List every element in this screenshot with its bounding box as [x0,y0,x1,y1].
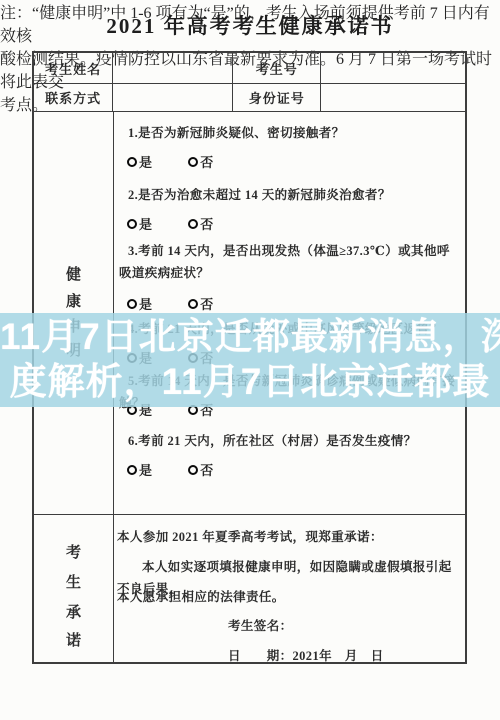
option-no-label: 否 [200,294,214,313]
vertical-label-char: 生 [34,571,113,592]
promise-line-3: 本人愿承担相应的法律责任。 [117,586,461,608]
option-no: 否 [188,152,214,171]
option-no: 否 [188,214,214,233]
headline-overlay-banner: 11月7日北京迁都最新消息，深 度解析，11月7日北京迁都最 [0,313,500,407]
option-no: 否 [188,460,214,479]
date-line: 日 期：2021年 月 日 [228,645,384,667]
vertical-label-char: 健 [34,263,113,284]
option-no-label: 否 [200,152,214,171]
vertical-label-char: 康 [34,290,113,311]
radio-circle-icon [127,465,137,475]
candidate-promise-section: 考 生 承 诺 本人参加 2021 年夏季高考考试，现郑重承诺： 本人如实逐项填… [34,515,465,662]
question-1-text: 1.是否为新冠肺炎疑似、密切接触者？ [119,122,461,144]
field-candidate-number [321,53,465,83]
headline-line-2: 度解析，11月7日北京迁都最 [0,359,500,404]
option-yes: 是 [127,460,153,479]
vertical-label-char: 考 [34,541,113,562]
vertical-label-char: 诺 [34,629,113,650]
field-contact [113,84,233,111]
field-id-number [321,84,465,111]
radio-circle-icon [188,157,198,167]
question-3-options: 是 否 [127,294,214,313]
promise-line-1: 本人参加 2021 年夏季高考考试，现郑重承诺： [117,526,461,548]
promise-section-label: 考 生 承 诺 [34,515,114,662]
label-candidate-name: 考生姓名 [34,53,113,83]
promise-text: 本人参加 2021 年夏季高考考试，现郑重承诺： 本人如实逐项填报健康申明，如因… [114,515,465,662]
option-yes-label: 是 [139,460,153,479]
radio-circle-icon [127,219,137,229]
option-yes-label: 是 [139,214,153,233]
table-row: 考生姓名 考生号 [34,53,465,84]
option-yes: 是 [127,294,153,313]
option-yes: 是 [127,214,153,233]
radio-circle-icon [188,465,198,475]
option-no-label: 否 [200,214,214,233]
field-candidate-name [113,53,233,83]
option-yes-label: 是 [139,152,153,171]
label-id-number: 身份证号 [233,84,321,111]
page-title: 2021 年高考考生健康承诺书 [0,10,500,40]
question-1-options: 是 否 [127,152,214,171]
option-yes: 是 [127,152,153,171]
page: 2021 年高考考生健康承诺书 考生姓名 考生号 联系方式 身份证号 健 康 申… [0,0,500,115]
question-6-options: 是 否 [127,460,214,479]
question-3-text: 3.考前 14 天内，是否出现发热（体温≥37.3℃）或其他呼吸道疾病症状？ [119,240,461,284]
radio-circle-icon [127,299,137,309]
vertical-label-char: 承 [34,601,113,622]
table-row: 联系方式 身份证号 [34,84,465,112]
label-candidate-number: 考生号 [233,53,321,83]
question-2-text: 2.是否为治愈未超过 14 天的新冠肺炎治愈者？ [119,184,461,206]
headline-line-1: 11月7日北京迁都最新消息，深 [0,314,500,359]
question-6-text: 6.考前 21 天内，所在社区（村居）是否发生疫情？ [119,430,461,452]
option-yes-label: 是 [139,294,153,313]
radio-circle-icon [188,219,198,229]
radio-circle-icon [188,299,198,309]
signature-label: 考生签名： [228,615,293,637]
label-contact: 联系方式 [34,84,113,111]
question-2-options: 是 否 [127,214,214,233]
option-no-label: 否 [200,460,214,479]
radio-circle-icon [127,157,137,167]
option-no: 否 [188,294,214,313]
